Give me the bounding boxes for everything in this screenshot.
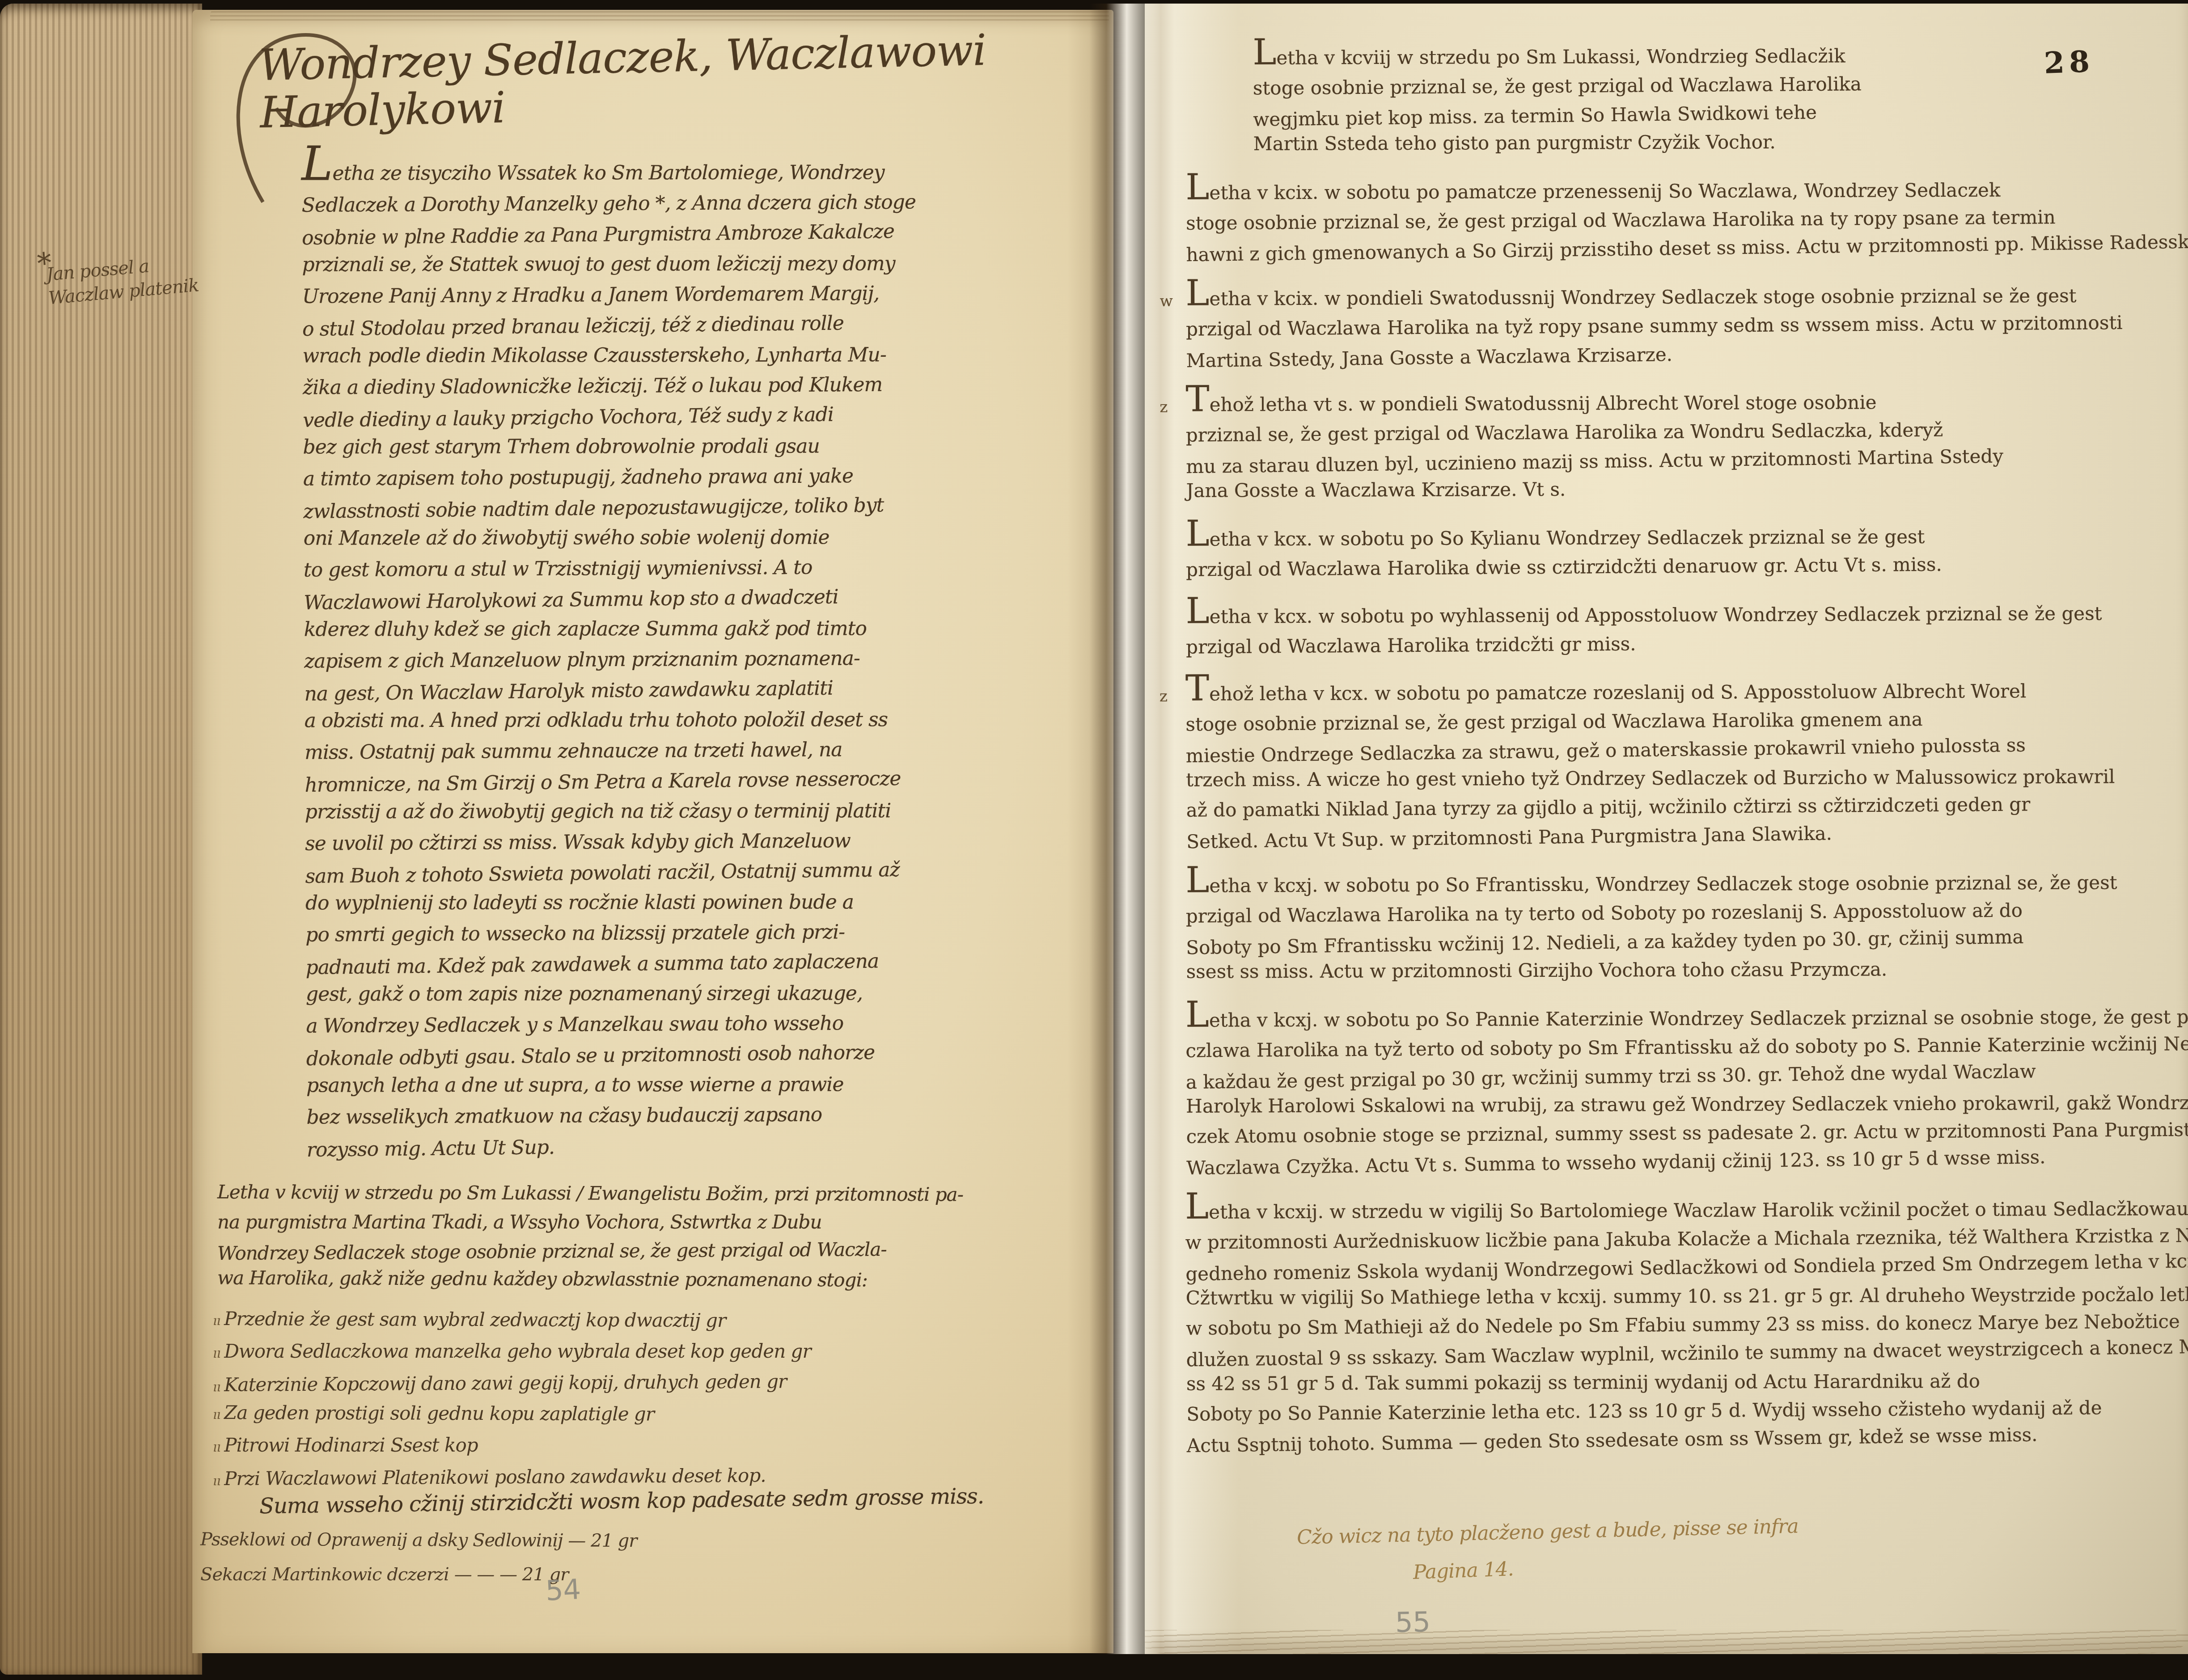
text-line: Cžtwrtku w vigilij So Mathiege letha v k… — [1185, 1280, 2165, 1313]
text-line: oni Manzele až do žiwobytij swého sobie … — [304, 522, 1100, 553]
pagina-note: Pagina 14. — [1413, 1558, 1514, 1584]
pencil-page-number-right: 55 — [1395, 1605, 1430, 1638]
main-record: Letha ze tisycziho Wssatek ko Sm Bartolo… — [301, 144, 1103, 1163]
text-line: Jana Gosste a Waczlawa Krzisarze. Vt s. — [1186, 473, 2166, 505]
text-line: Harolyk Harolowi Sskalowi na wrubij, za … — [1186, 1089, 2165, 1121]
record-entry: Tehož letha vt s. w pondieli Swatodussni… — [1185, 383, 2166, 507]
record-entry: Letha v kcviij w strzedu po Sm Lukassi, … — [1185, 37, 2166, 160]
text-line: przigal od Waczlawa Harolika dwie ss czt… — [1186, 549, 2165, 584]
text-line: Martin Ssteda teho gisto pan purgmistr C… — [1253, 127, 2166, 158]
record-entry: Letha v kcxj. w sobotu po So Ffrantissku… — [1185, 864, 2166, 988]
text-line: Przednie že gest sam wybral zedwacztj ko… — [213, 1304, 973, 1338]
text-line: Tehož letha vt s. w pondieli Swatodussni… — [1185, 385, 2165, 419]
text-line: na purgmistra Martina Tkadi, a Wssyho Vo… — [217, 1208, 1094, 1237]
text-line: Letha v kcix. w sobotu po pamatcze przen… — [1185, 173, 2165, 207]
text-line: Letha ze tisycziho Wssatek ko Sm Bartolo… — [301, 146, 1097, 189]
record-heading: Wondrzey Sedlaczek, Waczlawowi Harolykow… — [258, 24, 1110, 136]
text-line: Letha v kcxj. w sobotu po So Ffrantissku… — [1185, 866, 2165, 900]
text-line: kderez dluhy kdež se gich zaplacze Summa… — [304, 613, 1100, 645]
payment-list: Przednie že gest sam wybral zedwacztj ko… — [213, 1305, 973, 1493]
text-line: Cžo wicz na tyto placženo gest a bude, p… — [1296, 1506, 2079, 1552]
text-line: Sekaczi Martinkowic dczerzi — — — 21 gr — [200, 1558, 826, 1591]
left-page: Wondrzey Sedlaczek, Waczlawowi Harolykow… — [192, 10, 1113, 1653]
record-entry: Tehož letha v kcx. w sobotu po pamatcze … — [1185, 672, 2166, 853]
closing-note: Cžo wicz na tyto placženo gest a bude, p… — [1296, 1504, 2079, 1553]
text-line: Letha v kcviij w strzedu po Sm Lukassi, … — [1253, 38, 2165, 72]
text-line: ss 42 ss 51 gr 5 d. Tak summi pokazij ss… — [1186, 1366, 2166, 1398]
record-entry: Letha v kcix. w sobotu po pamatcze przen… — [1185, 171, 2165, 266]
text-line: a obzisti ma. A hned przi odkladu trhu t… — [305, 704, 1100, 736]
text-line: gest, gakž o tom zapis nize poznamenaný … — [306, 978, 1102, 1009]
text-line: Letha v kcxij. w strzedu w vigilij So Ba… — [1185, 1192, 2164, 1227]
record-entry: Letha v kcxij. w strzedu w vigilij So Ba… — [1185, 1190, 2166, 1457]
text-line: Letha v kcx. w sobotu po So Kylianu Wond… — [1186, 519, 2165, 554]
text-line: Letha v kcviij w strzedu po Sm Lukassi /… — [217, 1178, 1094, 1210]
text-line: trzech miss. A wicze ho gest vnieho tyž … — [1186, 762, 2165, 794]
text-line: prziznali se, že Stattek swuoj to gest d… — [302, 248, 1098, 280]
text-line: Letha v kcx. w sobotu po wyhlassenij od … — [1186, 597, 2165, 631]
text-line: Tehož letha v kcx. w sobotu po pamatcze … — [1185, 674, 2165, 709]
text-line: przigal od Waczlawa Harolika trzidcžti g… — [1186, 626, 2165, 661]
second-record: Letha v kcviij w strzedu po Sm Lukassi /… — [217, 1179, 1094, 1294]
text-line: Letha v kcxj. w sobotu po So Pannie Kate… — [1185, 1000, 2165, 1035]
text-line: Dwora Sedlaczkowa manzelka geho wybrala … — [213, 1337, 973, 1368]
text-line: bez gich gest starym Trhem dobrowolnie p… — [303, 431, 1099, 462]
text-line: do wyplnienij sto ladeyti ss rocžnie kla… — [305, 886, 1101, 918]
right-page: 28 Letha v kcviij w strzedu po Sm Lukass… — [1145, 4, 2188, 1654]
text-line: Wondrzey Sedlaczek stoge osobnie przizna… — [217, 1234, 1094, 1268]
entries: Letha v kcviij w strzedu po Sm Lukassi, … — [1186, 40, 2165, 1454]
text-line: psanych letha a dne ut supra, a to wsse … — [306, 1069, 1102, 1101]
text-line: Katerzinie Kopczowij dano zawi gegij kop… — [213, 1366, 973, 1401]
expense-lines: Psseklowi od Oprawenij a dsky Sedlowinij… — [200, 1524, 826, 1591]
text-line: ssest ss miss. Actu w przitomnosti Girzi… — [1186, 954, 2166, 986]
text-line: Letha v kcix. w pondieli Swatodussnij Wo… — [1185, 279, 2165, 313]
record-entry: Letha v kcx. w sobotu po wyhlassenij od … — [1186, 595, 2166, 661]
text-line: wrach podle diedin Mikolasse Czausstersk… — [302, 339, 1098, 371]
record-entry: Letha v kcx. w sobotu po So Kylianu Wond… — [1186, 518, 2166, 584]
text-line: Psseklowi od Oprawenij a dsky Sedlowinij… — [200, 1523, 826, 1559]
text-line: przisstij a až do žiwobytij gegich na ti… — [305, 795, 1101, 827]
text-line: Pitrowi Hodinarzi Ssest kop — [213, 1431, 973, 1462]
pencil-page-number-left: 54 — [545, 1573, 582, 1607]
record-entry: Letha v kcix. w pondieli Swatodussnij Wo… — [1185, 277, 2165, 372]
text-line: wa Harolika, gakž niže gednu každey obzw… — [217, 1264, 1094, 1296]
record-entry: Letha v kcxj. w sobotu po So Pannie Kate… — [1185, 999, 2166, 1179]
manuscript-scan: Wondrzey Sedlaczek, Waczlawowi Harolykow… — [0, 0, 2188, 1680]
text-line: Za geden prostigi soli gednu kopu zaplat… — [213, 1398, 973, 1432]
